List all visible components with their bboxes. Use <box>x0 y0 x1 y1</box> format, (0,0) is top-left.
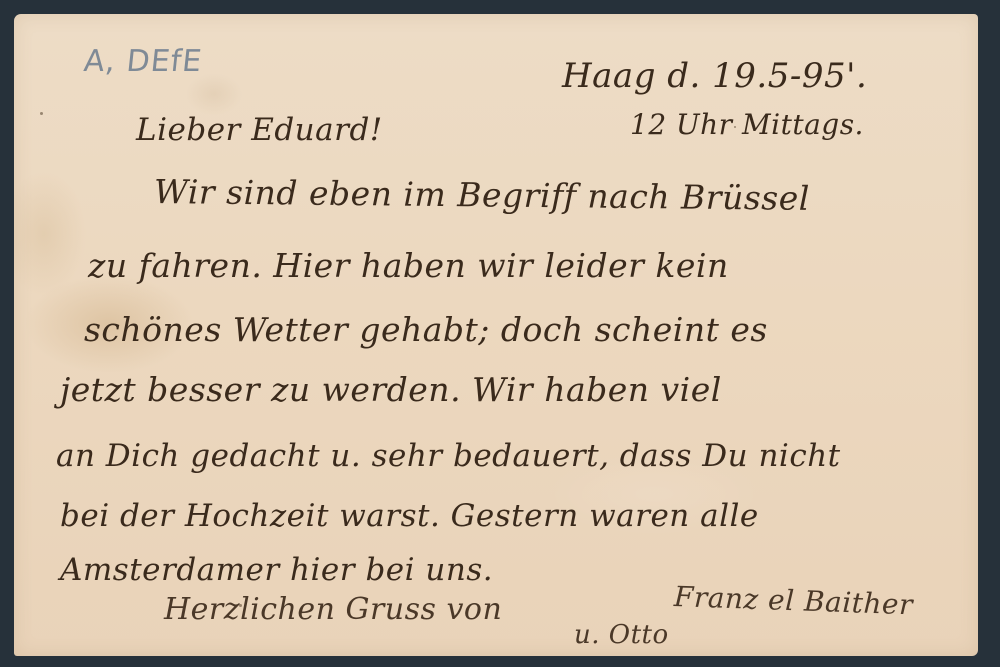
signature-second: u. Otto <box>574 620 669 650</box>
body-line-4: jetzt besser zu werden. Wir haben viel <box>60 370 722 409</box>
paper-speck <box>239 604 242 607</box>
pencil-annotation: A, DEfE <box>82 44 204 79</box>
paper-speck <box>734 126 736 128</box>
body-line-3: schönes Wetter gehabt; doch scheint es <box>84 310 768 349</box>
body-line-5: an Dich gedacht u. sehr bedauert, dass D… <box>56 438 841 474</box>
paper-speck <box>40 112 43 115</box>
body-line-2: zu fahren. Hier haben wir leider kein <box>88 246 729 285</box>
signature: Franz el Baither <box>673 580 913 621</box>
place-date: Haag d. 19.5-95'. <box>562 56 867 96</box>
body-line-7: Amsterdamer hier bei uns. <box>60 552 493 588</box>
salutation: Lieber Eduard! <box>136 112 383 148</box>
closing: Herzlichen Gruss von <box>164 592 502 627</box>
body-line-6: bei der Hochzeit warst. Gestern waren al… <box>60 498 759 534</box>
postcard: A, DEfE Haag d. 19.5-95'. 12 Uhr Mittags… <box>14 14 978 656</box>
time-of-writing: 12 Uhr Mittags. <box>630 108 864 141</box>
body-line-1: Wir sind eben im Begriff nach Brüssel <box>154 172 810 218</box>
